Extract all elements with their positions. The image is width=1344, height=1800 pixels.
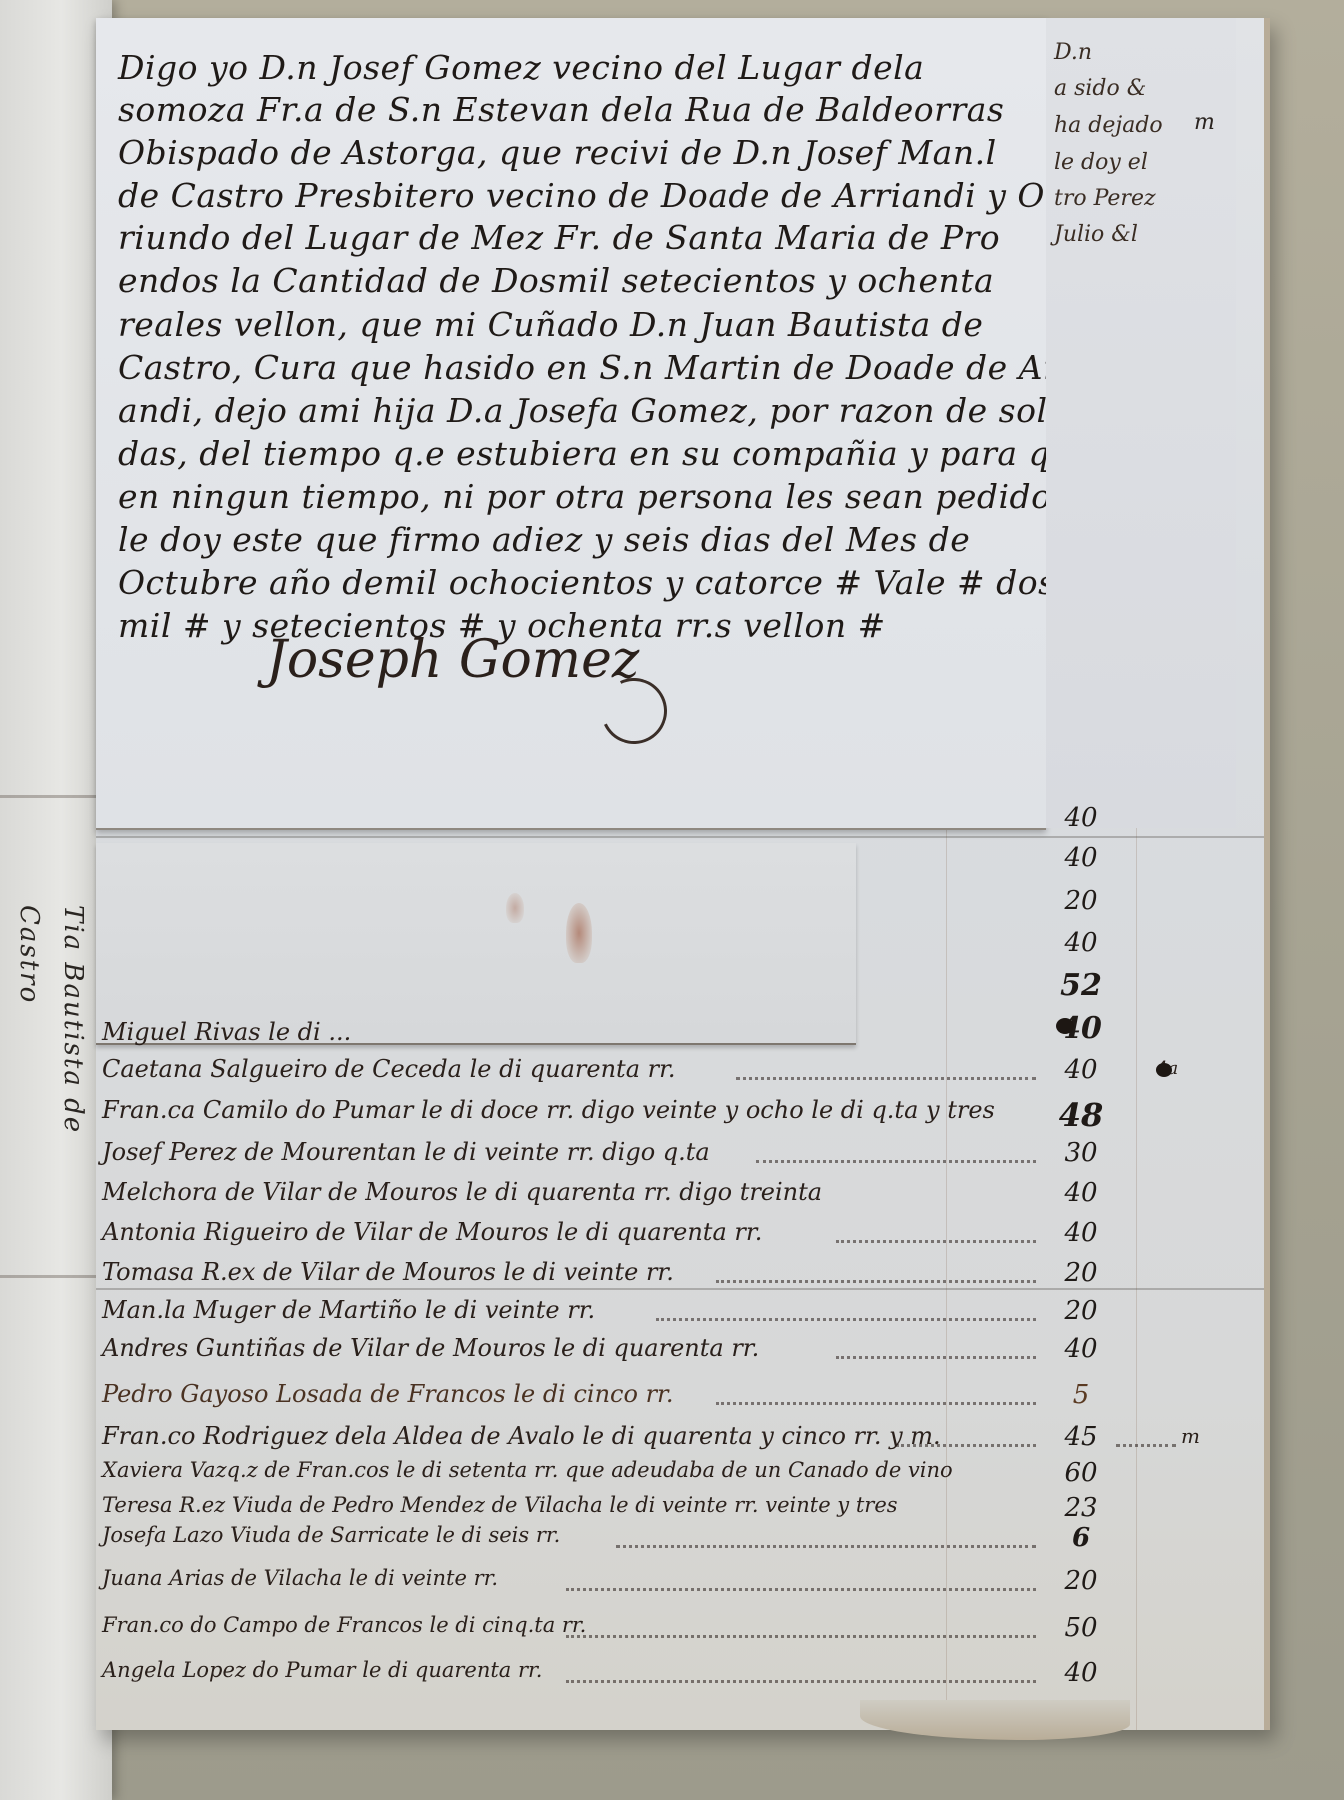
receipt-line: Castro, Cura que hasido en S.n Martin de… bbox=[118, 348, 1087, 387]
dotted-leader bbox=[896, 1444, 1036, 1447]
ledger-entry-text: Tomasa R.ex de Vilar de Mouros le di vei… bbox=[102, 1258, 674, 1286]
dotted-leader bbox=[566, 1588, 1036, 1591]
fold-line bbox=[96, 1288, 1264, 1290]
ledger-amount: 23 bbox=[1046, 1493, 1116, 1523]
rust-stain bbox=[506, 893, 524, 923]
receipt-line: endos la Cantidad de Dosmil setecientos … bbox=[118, 261, 994, 300]
receipt-line: de Castro Presbitero vecino de Doade de … bbox=[118, 176, 1045, 215]
fold-line bbox=[96, 836, 1264, 838]
spine-label: Tia Bautista de Castro bbox=[10, 905, 100, 1365]
receipt-line: le doy este que firmo adiez y seis dias … bbox=[118, 520, 970, 559]
ledger-entry-text: Xaviera Vazq.z de Fran.cos le di setenta… bbox=[102, 1458, 953, 1482]
ledger-amount: 20 bbox=[1046, 886, 1116, 916]
ledger-entry-text: Fran.co do Campo de Francos le di cinq.t… bbox=[102, 1613, 586, 1637]
ledger-entry-text: Josefa Lazo Viuda de Sarricate le di sei… bbox=[102, 1523, 560, 1547]
dotted-leader bbox=[716, 1280, 1036, 1283]
manuscript-sheet: Digo yo D.n Josef Gomez vecino del Lugar… bbox=[96, 18, 1270, 1730]
ledger-amount: 40 bbox=[1046, 843, 1116, 873]
receipt-slip: Digo yo D.n Josef Gomez vecino del Lugar… bbox=[96, 18, 1046, 830]
ledger-entry-text: Miguel Rivas le di ... bbox=[102, 1018, 351, 1046]
ledger-amount: 20 bbox=[1046, 1566, 1116, 1596]
ledger-amount: 40 bbox=[1046, 928, 1116, 958]
torn-paper-strip bbox=[96, 843, 856, 1045]
ledger-entry: Juana Arias de Vilacha le di veinte rr. … bbox=[96, 1566, 1256, 1606]
rust-stain bbox=[566, 903, 592, 963]
ledger-amount: 48 bbox=[1046, 1096, 1116, 1134]
dotted-leader bbox=[656, 1318, 1036, 1321]
ledger-amount: 60 bbox=[1046, 1458, 1116, 1488]
receipt-line: reales vellon, que mi Cuñado D.n Juan Ba… bbox=[118, 305, 983, 344]
receipt-line: Digo yo D.n Josef Gomez vecino del Lugar… bbox=[118, 48, 924, 87]
side-strip-line: tro Perez bbox=[1054, 186, 1156, 211]
ledger-entry-text: Juana Arias de Vilacha le di veinte rr. bbox=[102, 1566, 498, 1590]
ledger-amount: 40 bbox=[1046, 1055, 1116, 1085]
spine-label-line: Tia Bautista de bbox=[58, 905, 88, 1134]
ledger-entry: Tomasa R.ex de Vilar de Mouros le di vei… bbox=[96, 1258, 1256, 1298]
ledger-amount: 5 bbox=[1046, 1380, 1116, 1410]
ledger-entry-text: Fran.co Rodriguez dela Aldea de Avalo le… bbox=[102, 1422, 941, 1450]
ledger-amount: 52 bbox=[1046, 968, 1116, 1003]
ledger-amount: 6 bbox=[1046, 1523, 1116, 1553]
dotted-leader bbox=[566, 1680, 1036, 1683]
ledger-amount: 45 bbox=[1046, 1422, 1116, 1452]
side-strip-line: Julio &l bbox=[1054, 222, 1138, 247]
ledger-entry: Fran.co Rodriguez dela Aldea de Avalo le… bbox=[96, 1422, 1256, 1462]
dotted-leader bbox=[716, 1402, 1036, 1405]
receipt-line: andi, dejo ami hija D.a Josefa Gomez, po… bbox=[118, 391, 1089, 430]
ledger-amount: 40 bbox=[1046, 1218, 1116, 1248]
signature: Joseph Gomez bbox=[266, 630, 639, 690]
ledger-entry: Josefa Lazo Viuda de Sarricate le di sei… bbox=[96, 1523, 1256, 1563]
ledger-entry: Fran.ca Camilo do Pumar le di doce rr. d… bbox=[96, 1096, 1256, 1136]
receipt-line: Octubre año demil ochocientos y catorce … bbox=[118, 563, 1056, 602]
ledger-amount: 40 bbox=[1046, 1178, 1116, 1208]
dotted-leader bbox=[836, 1240, 1036, 1243]
ledger-amount: 40 bbox=[1046, 803, 1116, 833]
ledger-entry: Antonia Rigueiro de Vilar de Mouros le d… bbox=[96, 1218, 1256, 1258]
ledger-amount: 20 bbox=[1046, 1258, 1116, 1288]
receipt-line: somoza Fr.a de S.n Estevan dela Rua de B… bbox=[118, 90, 1004, 129]
side-strip-line: a sido & bbox=[1054, 76, 1146, 101]
ledger-entry: Josef Perez de Mourentan le di veinte rr… bbox=[96, 1138, 1256, 1178]
ink-blot bbox=[1156, 1063, 1172, 1077]
ledger-entry-text: Fran.ca Camilo do Pumar le di doce rr. d… bbox=[102, 1096, 995, 1124]
ledger-entry-text: Andres Guntiñas de Vilar de Mouros le di… bbox=[102, 1334, 759, 1362]
receipt-line: Obispado de Astorga, que recivi de D.n J… bbox=[118, 133, 997, 172]
dotted-leader bbox=[736, 1077, 1036, 1080]
ledger-entry: Andres Guntiñas de Vilar de Mouros le di… bbox=[96, 1334, 1256, 1374]
ledger-entry-text: Teresa R.ez Viuda de Pedro Mendez de Vil… bbox=[102, 1493, 898, 1517]
ledger-amount: 40 bbox=[1046, 1334, 1116, 1364]
dotted-leader bbox=[756, 1160, 1036, 1163]
ink-blot bbox=[1056, 1018, 1074, 1034]
ledger-entry: Miguel Rivas le di ... bbox=[96, 1018, 1256, 1058]
ledger-entry: Fran.co do Campo de Francos le di cinq.t… bbox=[96, 1613, 1256, 1653]
ledger-entry-text: Man.la Muger de Martiño le di veinte rr. bbox=[102, 1296, 595, 1324]
ledger-amount: 30 bbox=[1046, 1138, 1116, 1168]
ledger-entry: Pedro Gayoso Losada de Francos le di cin… bbox=[96, 1380, 1256, 1420]
margin-note: m bbox=[1181, 1424, 1200, 1448]
side-strip-line: D.n bbox=[1054, 40, 1092, 65]
spine-label-line: Castro bbox=[14, 905, 44, 1004]
ledger-amount: 40 bbox=[1046, 1658, 1116, 1688]
ledger-entry-text: Melchora de Vilar de Mouros le di quaren… bbox=[102, 1178, 822, 1206]
receipt-line: das, del tiempo q.e estubiera en su comp… bbox=[118, 434, 1081, 473]
ledger-amount: 20 bbox=[1046, 1296, 1116, 1326]
ledger-entry: Xaviera Vazq.z de Fran.cos le di setenta… bbox=[96, 1458, 1256, 1498]
ledger-entry: Man.la Muger de Martiño le di veinte rr.… bbox=[96, 1296, 1256, 1336]
dotted-leader bbox=[1116, 1444, 1176, 1447]
receipt-line: riundo del Lugar de Mez Fr. de Santa Mar… bbox=[118, 218, 1000, 257]
dotted-leader bbox=[566, 1635, 1036, 1638]
ledger-entry: Melchora de Vilar de Mouros le di quaren… bbox=[96, 1178, 1256, 1218]
ledger-entry-text: Angela Lopez do Pumar le di quarenta rr. bbox=[102, 1658, 542, 1682]
receipt-line: en ningun tiempo, ni por otra persona le… bbox=[118, 477, 1069, 516]
ledger-entry: Angela Lopez do Pumar le di quarenta rr.… bbox=[96, 1658, 1256, 1698]
side-strip-line: ha dejado bbox=[1054, 113, 1163, 138]
ledger-entry-text: Josef Perez de Mourentan le di veinte rr… bbox=[102, 1138, 710, 1166]
ledger-entry-text: Caetana Salgueiro de Ceceda le di quaren… bbox=[102, 1055, 676, 1083]
dotted-leader bbox=[836, 1356, 1036, 1359]
ledger-amount: 50 bbox=[1046, 1613, 1116, 1643]
side-strip-mark: m bbox=[1194, 110, 1215, 135]
ledger-entry: Caetana Salgueiro de Ceceda le di quaren… bbox=[96, 1055, 1256, 1095]
ledger-entry-text: Antonia Rigueiro de Vilar de Mouros le d… bbox=[102, 1218, 762, 1246]
side-strip-line: le doy el bbox=[1054, 150, 1148, 175]
ledger-entry-text: Pedro Gayoso Losada de Francos le di cin… bbox=[102, 1380, 674, 1408]
side-strip: D.n a sido & ha dejado le doy el tro Per… bbox=[1046, 18, 1236, 828]
dotted-leader bbox=[616, 1545, 1036, 1548]
